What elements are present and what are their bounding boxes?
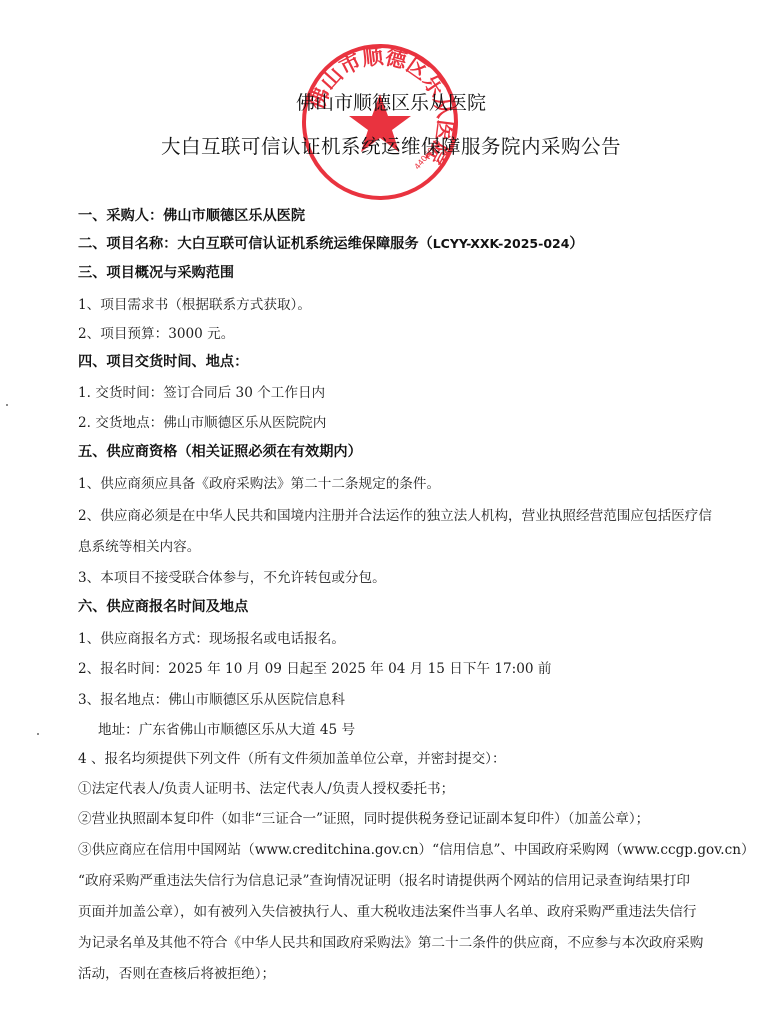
section-purchaser: 一、采购人：佛山市顺德区乐从医院 xyxy=(78,205,305,225)
required-doc-1: ①法定代表人/负责人证明书、法定代表人/负责人授权委托书； xyxy=(78,777,454,797)
document-title-announcement: 大白互联可信认证机系统运维保障服务院内采购公告 xyxy=(0,131,782,159)
registration-method: 1、供应商报名方式：现场报名或电话报名。 xyxy=(78,627,345,647)
project-name-close: ） xyxy=(569,236,583,252)
document-page: 佛山市顺德区乐从医院 4406060 佛山市顺德区乐从医院 大白互联可信认证机系… xyxy=(0,0,782,1024)
overview-item-budget: 2、项目预算：3000 元。 xyxy=(78,322,234,342)
section-overview-heading: 三、项目概况与采购范围 xyxy=(78,262,234,282)
overview-item-requirements: 1、项目需求书（根据联系方式获取）。 xyxy=(78,293,311,313)
delivery-location: 2. 交货地点：佛山市顺德区乐从医院院内 xyxy=(78,411,326,431)
official-seal-stamp-icon: 佛山市顺德区乐从医院 4406060 xyxy=(300,42,460,202)
section-qualification-heading: 五、供应商资格（相关证照必须在有效期内） xyxy=(78,441,362,461)
registration-location: 3、报名地点：佛山市顺德区乐从医院信息科 xyxy=(78,688,345,708)
required-doc-3-line5: 活动，否则在查核后将被拒绝）； xyxy=(78,962,275,982)
section-project-name: 二、项目名称：大白互联可信认证机系统运维保障服务（LCYY-XXK-2025-0… xyxy=(78,233,584,253)
registration-documents-heading: 4 、报名均须提供下列文件（所有文件须加盖单位公章，并密封提交）： xyxy=(78,747,506,767)
required-doc-3-line1: ③供应商应在信用中国网站（www.creditchina.gov.cn）“信用信… xyxy=(78,838,755,858)
qualification-item-1: 1、供应商须应具备《政府采购法》第二十二条规定的条件。 xyxy=(78,472,440,492)
section-registration-heading: 六、供应商报名时间及地点 xyxy=(78,596,248,616)
project-name-text: 二、项目名称：大白互联可信认证机系统运维保障服务（ xyxy=(78,236,433,252)
required-doc-3-line2: “政府采购严重违法失信行为信息记录”查询情况证明（报名时请提供两个网站的信用记录… xyxy=(78,869,690,889)
delivery-time: 1. 交货时间：签订合同后 30 个工作日内 xyxy=(78,381,325,401)
registration-address: 地址：广东省佛山市顺德区乐从大道 45 号 xyxy=(98,718,355,738)
qualification-item-2-line1: 2、供应商必须是在中华人民共和国境内注册并合法运作的独立法人机构，营业执照经营范… xyxy=(78,504,712,524)
scan-speck xyxy=(6,404,8,406)
section-delivery-heading: 四、项目交货时间、地点： xyxy=(78,351,248,371)
qualification-item-2-line2: 息系统等相关内容。 xyxy=(78,535,200,555)
required-doc-3-line4: 为记录名单及其他不符合《中华人民共和国政府采购法》第二十二条件的供应商，不应参与… xyxy=(78,931,703,951)
qualification-item-3: 3、本项目不接受联合体参与，不允许转包或分包。 xyxy=(78,566,386,586)
required-doc-2: ②营业执照副本复印件（如非“三证合一”证照，同时提供税务登记证副本复印件）（加盖… xyxy=(78,807,649,827)
required-doc-3-line3: 页面并加盖公章），如有被列入失信被执行人、重大税收违法案件当事人名单、政府采购严… xyxy=(78,900,697,920)
document-title-hospital: 佛山市顺德区乐从医院 xyxy=(0,88,782,115)
registration-time: 2、报名时间：2025 年 10 月 09 日起至 2025 年 04 月 15… xyxy=(78,657,551,677)
project-code: LCYY-XXK-2025-024 xyxy=(433,236,570,251)
scan-speck xyxy=(37,733,39,735)
